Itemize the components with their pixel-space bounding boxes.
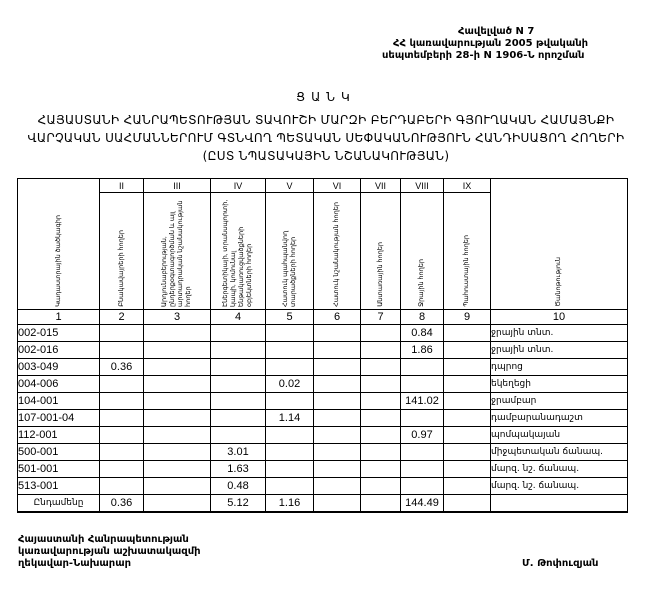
area-value: 0.02: [266, 376, 314, 393]
area-value: [401, 478, 444, 495]
cadastral-code: 112-001: [18, 427, 100, 444]
annex-decree-date: սեպտեմբերի 28-ի N 1906-Ն որոշման: [382, 50, 584, 61]
note-cell: [491, 495, 628, 513]
document-subtitle-line-3: (ԸՍՏ ՆՊԱՏԱԿԱՅԻՆ ՆՇԱՆԱԿՈՒԹՅԱՆ): [0, 149, 652, 163]
area-value: [361, 376, 401, 393]
roman-cell: VII: [361, 179, 401, 193]
note-cell: մարզ. նշ. ճանապ.: [491, 461, 628, 478]
signer-name: Մ. Թոփուզյան: [522, 558, 598, 569]
total-value: [444, 495, 491, 513]
area-value: [444, 342, 491, 359]
area-value: [100, 342, 144, 359]
area-value: 0.36: [100, 359, 144, 376]
table-row: 513-0010.48մարզ. նշ. ճանապ.: [18, 478, 628, 495]
total-value: 5.12: [211, 495, 266, 513]
area-value: [314, 376, 361, 393]
area-value: [100, 478, 144, 495]
column-number: 9: [444, 310, 491, 325]
total-value: 0.36: [100, 495, 144, 513]
cadastral-code: 002-016: [18, 342, 100, 359]
column-number: 6: [314, 310, 361, 325]
cadastral-code: 107-001-04: [18, 410, 100, 427]
area-value: [100, 410, 144, 427]
header-cell: Արդյունաբերության, ընդերքօգտագործման և ա…: [144, 193, 211, 310]
area-value: [266, 359, 314, 376]
roman-cell: VIII: [401, 179, 444, 193]
roman-cell: III: [144, 179, 211, 193]
area-value: [100, 461, 144, 478]
header-text: Արդյունաբերության, ընդերքօգտագործման և ա…: [161, 193, 193, 309]
header-cell: Հատուկ նշանակության հողեր: [314, 193, 361, 310]
area-value: [144, 410, 211, 427]
cadastral-code: 004-006: [18, 376, 100, 393]
area-value: [211, 393, 266, 410]
area-value: 141.02: [401, 393, 444, 410]
roman-cell: VI: [314, 179, 361, 193]
column-number: 7: [361, 310, 401, 325]
area-value: [211, 376, 266, 393]
column-number: 5: [266, 310, 314, 325]
area-value: 1.86: [401, 342, 444, 359]
total-value: [314, 495, 361, 513]
area-value: [266, 342, 314, 359]
column-number: 3: [144, 310, 211, 325]
area-value: 3.01: [211, 444, 266, 461]
area-value: [361, 342, 401, 359]
header-cell: Կադաստրային ծածկագիր: [18, 179, 100, 310]
signer-title-line-1: Հայաստանի Հանրապետության: [18, 534, 201, 546]
total-value: 1.16: [266, 495, 314, 513]
area-value: [314, 427, 361, 444]
area-value: 1.63: [211, 461, 266, 478]
area-value: [314, 410, 361, 427]
area-value: [401, 359, 444, 376]
area-value: [444, 359, 491, 376]
area-value: [211, 342, 266, 359]
area-value: [144, 461, 211, 478]
column-number: 4: [211, 310, 266, 325]
area-value: [361, 410, 401, 427]
area-value: 0.84: [401, 325, 444, 342]
header-text: Պահուստային հողեր: [463, 233, 471, 309]
area-value: [144, 342, 211, 359]
header-cell: Պահուստային հողեր: [444, 193, 491, 310]
column-number-row: 1 2 3 4 5 6 7 8 9 10: [18, 310, 628, 325]
area-value: [144, 376, 211, 393]
cadastral-code: 513-001: [18, 478, 100, 495]
header-cell: Անտառային հողեր: [361, 193, 401, 310]
signer-title-line-2: կառավարության աշխատակազմի: [18, 546, 201, 558]
total-value: [144, 495, 211, 513]
area-value: [444, 410, 491, 427]
land-list-table: Կադաստրային ծածկագիր II III IV V VI VII …: [17, 178, 628, 513]
area-value: [144, 325, 211, 342]
column-number: 10: [491, 310, 628, 325]
area-value: [401, 376, 444, 393]
note-cell: ջրային տնտ.: [491, 325, 628, 342]
area-value: [314, 359, 361, 376]
header-text: Կադաստրային ծածկագիր: [55, 213, 63, 309]
table-row: 004-0060.02եկեղեցի: [18, 376, 628, 393]
document-title: ՑԱՆԿ: [0, 90, 652, 104]
header-text: Հատուկ նշանակության հողեր: [333, 200, 341, 309]
area-value: [266, 427, 314, 444]
header-text: Ջրային հողեր: [418, 257, 426, 309]
area-value: [266, 478, 314, 495]
area-value: [361, 461, 401, 478]
roman-cell: IV: [211, 179, 266, 193]
area-value: [211, 410, 266, 427]
signer-title-line-3: ղեկավար-Նախարար: [18, 558, 201, 570]
area-value: [144, 393, 211, 410]
area-value: [444, 376, 491, 393]
area-value: [314, 393, 361, 410]
area-value: [361, 444, 401, 461]
area-value: [211, 325, 266, 342]
area-value: [401, 461, 444, 478]
area-value: [266, 444, 314, 461]
total-label: Ընդամենը: [18, 495, 100, 513]
area-value: [361, 393, 401, 410]
area-value: 0.48: [211, 478, 266, 495]
table-row: 002-0150.84ջրային տնտ.: [18, 325, 628, 342]
area-value: [361, 478, 401, 495]
note-cell: եկեղեցի: [491, 376, 628, 393]
area-value: [100, 427, 144, 444]
roman-numeral-row: Կադաստրային ծածկագիր II III IV V VI VII …: [18, 179, 628, 193]
area-value: [100, 444, 144, 461]
area-value: [361, 359, 401, 376]
table-row: 501-0011.63մարզ. նշ. ճանապ.: [18, 461, 628, 478]
roman-cell: V: [266, 179, 314, 193]
column-number: 2: [100, 310, 144, 325]
note-cell: մարզ. նշ. ճանապ.: [491, 478, 628, 495]
header-text: Էներգետիկայի, տրանսպորտի, կապի, կոմունալ…: [222, 193, 254, 309]
area-value: [444, 325, 491, 342]
area-value: [314, 325, 361, 342]
header-cell: Բնակավայրերի հողեր: [100, 193, 144, 310]
note-cell: դամբարանադաշտ: [491, 410, 628, 427]
header-text: Հատուկ պահպանվող տարածքների հողեր: [282, 193, 298, 309]
header-text: Ծանոթություն: [555, 255, 563, 309]
header-cell: Ջրային հողեր: [401, 193, 444, 310]
header-text: Անտառային հողեր: [377, 240, 385, 309]
total-value: 144.49: [401, 495, 444, 513]
table-row: 112-0010.97պոմպակայան: [18, 427, 628, 444]
note-cell: միջպետական ճանապ.: [491, 444, 628, 461]
area-value: [444, 461, 491, 478]
area-value: [444, 478, 491, 495]
area-value: [144, 444, 211, 461]
table-row: 500-0013.01միջպետական ճանապ.: [18, 444, 628, 461]
total-row: Ընդամենը0.365.121.16144.49: [18, 495, 628, 513]
area-value: [401, 410, 444, 427]
cadastral-code: 500-001: [18, 444, 100, 461]
area-value: [314, 461, 361, 478]
area-value: [266, 461, 314, 478]
cadastral-code: 002-015: [18, 325, 100, 342]
area-value: [144, 427, 211, 444]
header-cell: Ծանոթություն: [491, 179, 628, 310]
area-value: [361, 325, 401, 342]
area-value: [211, 427, 266, 444]
area-value: [444, 393, 491, 410]
document-subtitle-line-2: ՎԱՐՉԱԿԱՆ ՍԱՀՄԱՆՆԵՐՈՒՄ ԳՏՆՎՈՂ ՊԵՏԱԿԱՆ ՍԵՓ…: [0, 131, 652, 145]
area-value: [314, 478, 361, 495]
area-value: [266, 393, 314, 410]
area-value: [100, 325, 144, 342]
cadastral-code: 104-001: [18, 393, 100, 410]
area-value: [444, 427, 491, 444]
total-value: [361, 495, 401, 513]
area-value: [361, 427, 401, 444]
table-row: 107-001-041.14դամբարանադաշտ: [18, 410, 628, 427]
area-value: 1.14: [266, 410, 314, 427]
area-value: [444, 444, 491, 461]
area-value: [314, 444, 361, 461]
note-cell: ջրային տնտ.: [491, 342, 628, 359]
area-value: 0.97: [401, 427, 444, 444]
column-number: 1: [18, 310, 100, 325]
area-value: [144, 478, 211, 495]
column-number: 8: [401, 310, 444, 325]
document-subtitle-line-1: ՀԱՅԱՍՏԱՆԻ ՀԱՆՐԱՊԵՏՈՒԹՅԱՆ ՏԱՎՈՒՇԻ ՄԱՐԶԻ Բ…: [0, 113, 652, 127]
area-value: [100, 376, 144, 393]
cadastral-code: 501-001: [18, 461, 100, 478]
annex-decree-line: ՀՀ կառավարության 2005 թվականի: [393, 38, 588, 49]
table-row: 002-0161.86ջրային տնտ.: [18, 342, 628, 359]
area-value: [266, 325, 314, 342]
area-value: [401, 444, 444, 461]
header-cell: Էներգետիկայի, տրանսպորտի, կապի, կոմունալ…: [211, 193, 266, 310]
area-value: [211, 359, 266, 376]
table-row: 003-0490.36դպրոց: [18, 359, 628, 376]
header-text: Բնակավայրերի հողեր: [118, 228, 126, 309]
note-cell: դպրոց: [491, 359, 628, 376]
table-row: 104-001141.02ջրամբար: [18, 393, 628, 410]
cadastral-code: 003-049: [18, 359, 100, 376]
area-value: [314, 342, 361, 359]
note-cell: ջրամբար: [491, 393, 628, 410]
area-value: [100, 393, 144, 410]
note-cell: պոմպակայան: [491, 427, 628, 444]
annex-number: Հավելված N 7: [458, 26, 534, 37]
roman-cell: IX: [444, 179, 491, 193]
header-cell: Հատուկ պահպանվող տարածքների հողեր: [266, 193, 314, 310]
signature-block: Հայաստանի Հանրապետության կառավարության ա…: [18, 534, 201, 570]
roman-cell: II: [100, 179, 144, 193]
area-value: [144, 359, 211, 376]
